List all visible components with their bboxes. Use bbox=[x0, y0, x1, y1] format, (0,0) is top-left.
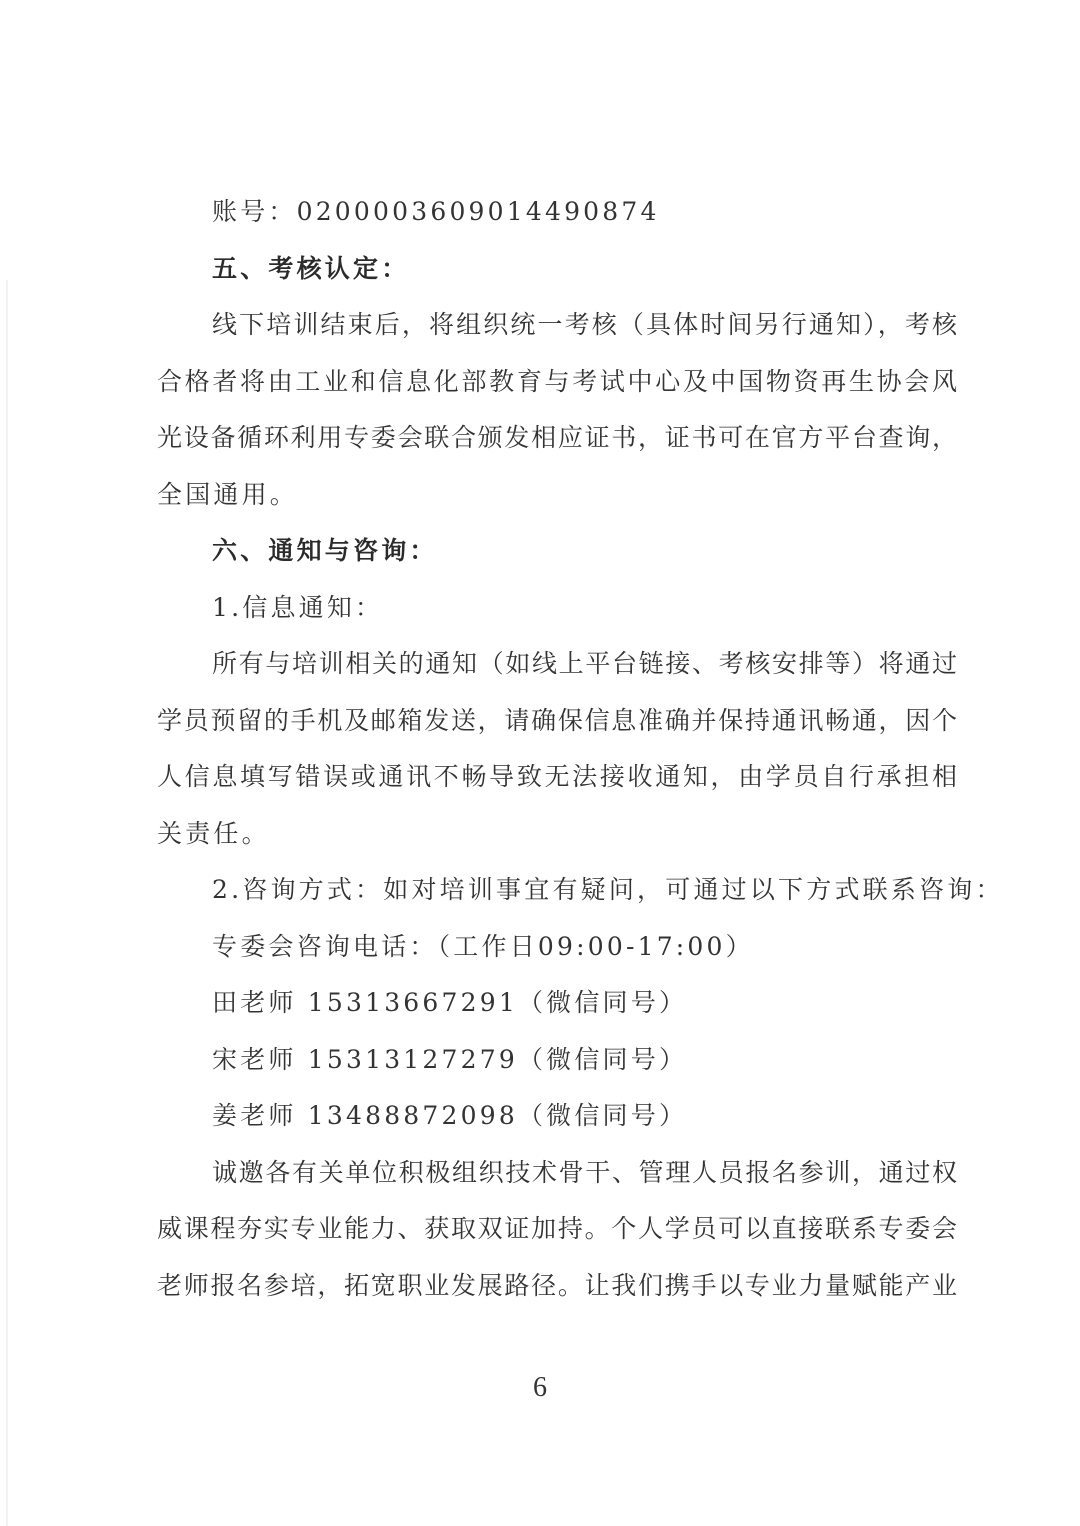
paragraph-line: 关责任。 bbox=[157, 806, 957, 863]
item-1-paragraph: 所有与培训相关的通知（如线上平台链接、考核安排等）将通过 学员预留的手机及邮箱发… bbox=[157, 636, 957, 862]
section-5-heading: 五、考核认定： bbox=[157, 241, 957, 298]
hotline-label: 专委会咨询电话：（工作日09:00-17:00） bbox=[157, 919, 957, 976]
paragraph-line: 所有与培训相关的通知（如线上平台链接、考核安排等）将通过 bbox=[157, 636, 957, 693]
contact-name: 宋老师 bbox=[212, 1045, 297, 1074]
paragraph-line: 人信息填写错误或通讯不畅导致无法接收通知，由学员自行承担相 bbox=[157, 749, 957, 806]
section-5-paragraph: 线下培训结束后，将组织统一考核（具体时间另行通知），考核 合格者将由工业和信息化… bbox=[157, 297, 957, 523]
contact-phone: 13488872098 bbox=[308, 1101, 518, 1130]
paragraph-line: 威课程夯实专业能力、获取双证加持。个人学员可以直接联系专委会 bbox=[157, 1201, 957, 1258]
contact-note: （微信同号） bbox=[518, 988, 687, 1017]
contact-note: （微信同号） bbox=[518, 1045, 687, 1074]
contact-note: （微信同号） bbox=[518, 1101, 687, 1130]
contact-row: 宋老师 15313127279（微信同号） bbox=[157, 1032, 957, 1089]
scan-edge-line bbox=[6, 280, 8, 1526]
closing-paragraph: 诚邀各有关单位积极组织技术骨干、管理人员报名参训，通过权 威课程夯实专业能力、获… bbox=[157, 1145, 957, 1315]
item-2-title: 2.咨询方式：如对培训事宜有疑问，可通过以下方式联系咨询： bbox=[157, 862, 957, 919]
paragraph-line: 全国通用。 bbox=[157, 467, 957, 524]
contact-name: 姜老师 bbox=[212, 1101, 297, 1130]
contact-phone: 15313667291 bbox=[308, 988, 518, 1017]
contact-name: 田老师 bbox=[212, 988, 297, 1017]
paragraph-line: 学员预留的手机及邮箱发送，请确保信息准确并保持通讯畅通，因个 bbox=[157, 693, 957, 750]
paragraph-line: 光设备循环利用专委会联合颁发相应证书，证书可在官方平台查询， bbox=[157, 410, 957, 467]
paragraph-line: 老师报名参培，拓宽职业发展路径。让我们携手以专业力量赋能产业 bbox=[157, 1258, 957, 1315]
paragraph-line: 线下培训结束后，将组织统一考核（具体时间另行通知），考核 bbox=[157, 297, 957, 354]
contact-row: 田老师 15313667291（微信同号） bbox=[157, 975, 957, 1032]
section-6-heading: 六、通知与咨询： bbox=[157, 523, 957, 580]
paragraph-line: 合格者将由工业和信息化部教育与考试中心及中国物资再生协会风 bbox=[157, 354, 957, 411]
contact-row: 姜老师 13488872098（微信同号） bbox=[157, 1088, 957, 1145]
item-1-title: 1.信息通知： bbox=[157, 580, 957, 637]
paragraph-line: 诚邀各有关单位积极组织技术骨干、管理人员报名参训，通过权 bbox=[157, 1145, 957, 1202]
document-page: 账号：0200003609014490874 五、考核认定： 线下培训结束后，将… bbox=[157, 184, 957, 1314]
contact-phone: 15313127279 bbox=[308, 1045, 518, 1074]
account-number-line: 账号：0200003609014490874 bbox=[157, 184, 957, 241]
page-number: 6 bbox=[533, 1372, 547, 1404]
